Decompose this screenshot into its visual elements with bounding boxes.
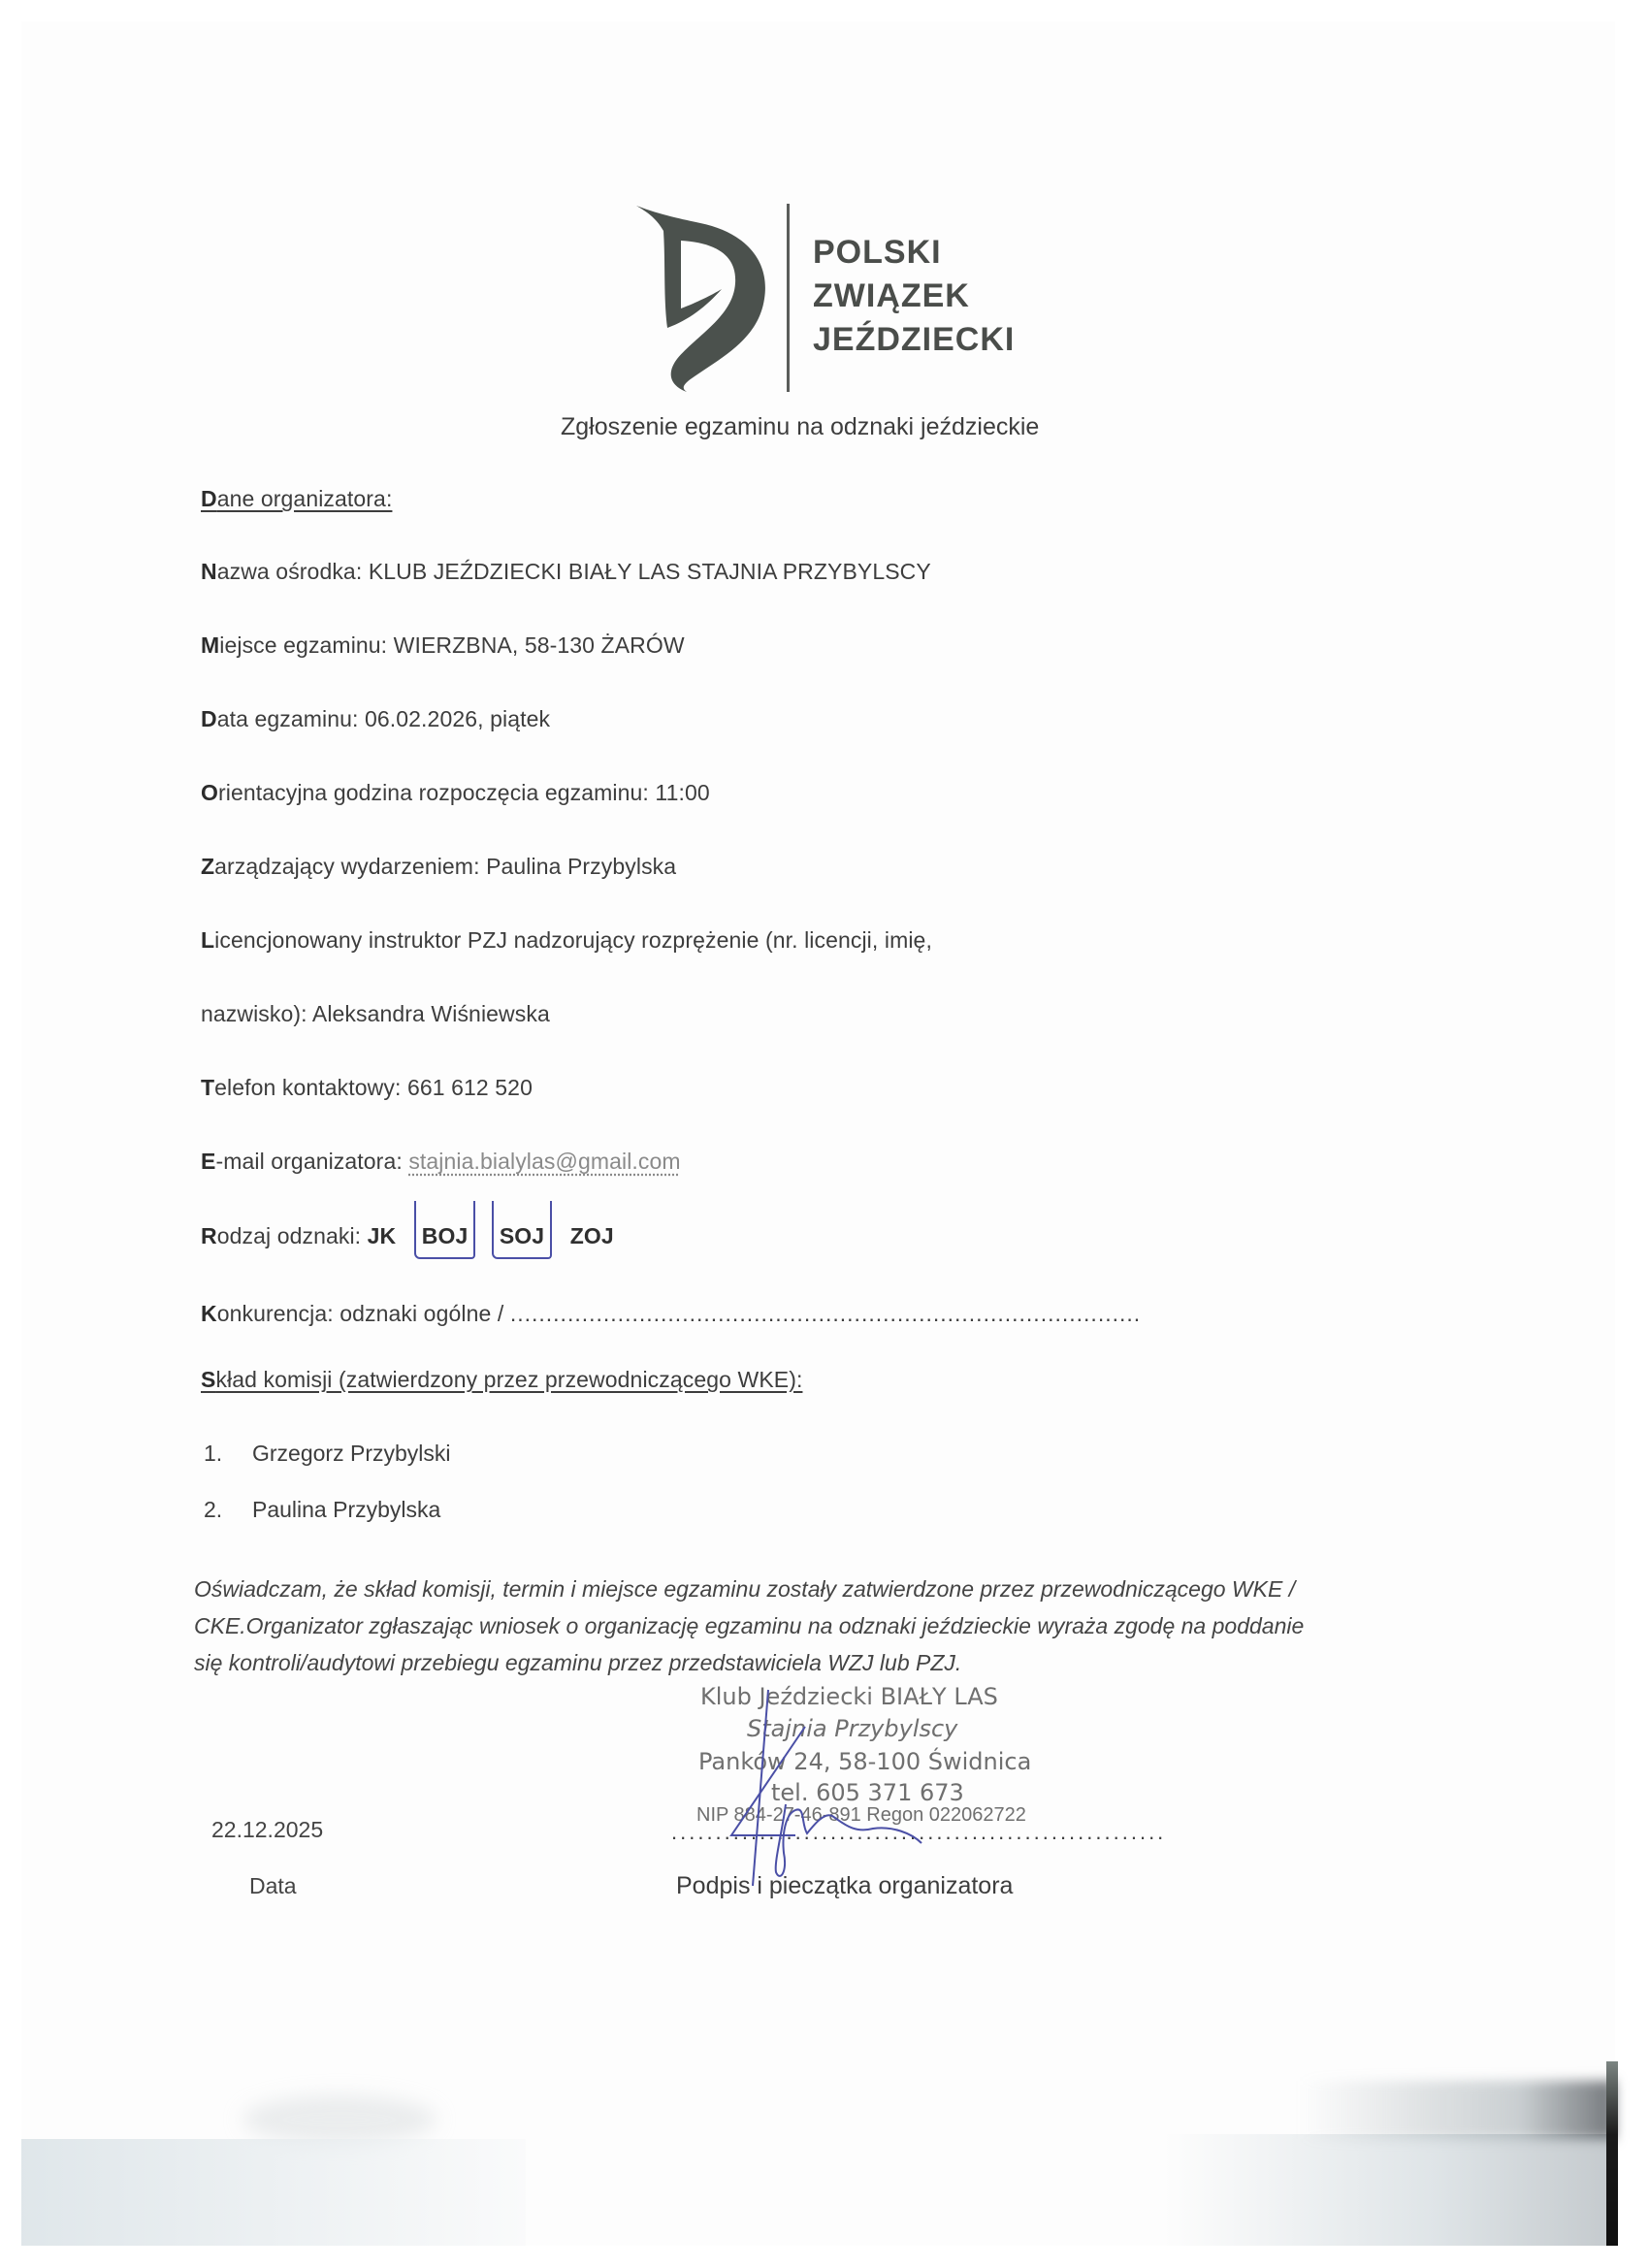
- field-value: WIERZBNA, 58-130 ŻARÓW: [394, 632, 685, 658]
- logo-line-2: ZWIĄZEK: [813, 275, 1015, 318]
- email-link[interactable]: stajnia.bialylas@gmail.com: [408, 1149, 680, 1174]
- declaration-line-2: CKE.Organizator zgłaszając wniosek o org…: [194, 1613, 1304, 1639]
- handwritten-signature-icon: [718, 1688, 931, 1892]
- field-label: -mail organizatora:: [215, 1149, 408, 1174]
- field-instructor-name: nazwisko): Aleksandra Wiśniewska: [201, 1000, 550, 1027]
- field-event-manager: Zarządzający wydarzeniem: Paulina Przyby…: [201, 853, 676, 880]
- field-initial: T: [201, 1075, 214, 1100]
- section-heading-commission: Skład komisji (zatwierdzony przez przewo…: [201, 1366, 802, 1393]
- field-label: ata egzaminu:: [217, 706, 365, 731]
- heading-rest: ane organizatora:: [217, 486, 393, 511]
- badge-option-soj[interactable]: SOJ: [494, 1222, 550, 1249]
- field-start-time: Orientacyjna godzina rozpoczęcia egzamin…: [201, 779, 710, 806]
- declaration-line-1: Oświadczam, że skład komisji, termin i m…: [194, 1576, 1295, 1603]
- document-title: Zgłoszenie egzaminu na odznaki jeździeck…: [561, 413, 1039, 441]
- field-facility-name: Nazwa ośrodka: KLUB JEŹDZIECKI BIAŁY LAS…: [201, 558, 931, 585]
- field-email: E-mail organizatora: stajnia.bialylas@gm…: [201, 1148, 681, 1175]
- commission-member-name: Grzegorz Przybylski: [252, 1441, 450, 1467]
- scan-smudge: [242, 2095, 436, 2144]
- field-value: 06.02.2026, piątek: [365, 706, 550, 731]
- field-label: elefon kontaktowy:: [214, 1075, 407, 1100]
- field-value: Paulina Przybylska: [486, 854, 676, 879]
- field-exam-place: Miejsce egzaminu: WIERZBNA, 58-130 ŻARÓW: [201, 632, 685, 659]
- field-label: icencjonowany instruktor PZJ nadzorujący…: [214, 927, 932, 953]
- field-label: nazwisko):: [201, 1001, 312, 1026]
- field-label: azwa ośrodka:: [217, 559, 369, 584]
- field-phone: Telefon kontaktowy: 661 612 520: [201, 1074, 533, 1101]
- heading-first-letter: S: [201, 1367, 215, 1392]
- field-initial: D: [201, 706, 217, 731]
- logo-line-1: POLSKI: [813, 231, 1015, 275]
- competition-blank-field[interactable]: ........................................…: [510, 1301, 1141, 1326]
- scan-shadow-band: [1300, 2081, 1615, 2139]
- badge-option-boj[interactable]: BOJ: [416, 1222, 474, 1249]
- section-heading-organizer: Dane organizatora:: [201, 485, 392, 512]
- field-value: Aleksandra Wiśniewska: [312, 1001, 550, 1026]
- field-initial: K: [201, 1301, 217, 1326]
- field-label: arządzający wydarzeniem:: [214, 854, 486, 879]
- field-value: KLUB JEŹDZIECKI BIAŁY LAS STAJNIA PRZYBY…: [369, 559, 931, 584]
- declaration-line-3: się kontroli/audytowi przebiegu egzaminu…: [194, 1650, 961, 1676]
- field-label: rientacyjna godzina rozpoczęcia egzaminu…: [218, 780, 655, 805]
- logo-line-3: JEŹDZIECKI: [813, 318, 1015, 362]
- field-label: odzaj odznaki:: [217, 1223, 368, 1248]
- field-instructor-label: Licencjonowany instruktor PZJ nadzorując…: [201, 926, 932, 954]
- badge-option-jk[interactable]: JK: [368, 1222, 397, 1249]
- field-initial: N: [201, 559, 217, 584]
- badge-option-zoj[interactable]: ZOJ: [570, 1222, 614, 1249]
- signature-label: Podpis i pieczątka organizatora: [676, 1872, 1013, 1900]
- commission-member-number: 1.: [204, 1441, 222, 1467]
- pzj-logo-icon: [632, 202, 778, 392]
- field-label: iejsce egzaminu:: [219, 632, 393, 658]
- field-value: 11:00: [655, 780, 709, 805]
- scan-shadow-left: [21, 2139, 526, 2246]
- field-initial: R: [201, 1223, 217, 1248]
- scan-shadow-right: [1164, 2134, 1615, 2246]
- field-initial: E: [201, 1149, 215, 1174]
- commission-member-name: Paulina Przybylska: [252, 1497, 440, 1523]
- heading-rest: kład komisji (zatwierdzony przez przewod…: [215, 1367, 802, 1392]
- field-initial: O: [201, 780, 218, 805]
- field-initial: Z: [201, 854, 214, 879]
- field-initial: L: [201, 927, 214, 953]
- logo-wordmark: POLSKI ZWIĄZEK JEŹDZIECKI: [813, 231, 1015, 362]
- heading-first-letter: D: [201, 486, 217, 511]
- field-competition: Konkurencja: odznaki ogólne / ..........…: [201, 1300, 1141, 1327]
- field-label: onkurencja: odznaki ogólne /: [217, 1301, 510, 1326]
- commission-member-number: 2.: [204, 1497, 222, 1523]
- logo-divider: [787, 204, 790, 392]
- field-exam-date: Data egzaminu: 06.02.2026, piątek: [201, 705, 550, 732]
- field-badge-type: Rodzaj odznaki: JK BOJ SOJ ZOJ: [201, 1222, 628, 1249]
- scan-edge-bar: [1606, 2061, 1618, 2246]
- field-initial: M: [201, 632, 219, 658]
- date-value: 22.12.2025: [211, 1817, 323, 1843]
- field-value: 661 612 520: [407, 1075, 533, 1100]
- date-label: Data: [249, 1873, 297, 1899]
